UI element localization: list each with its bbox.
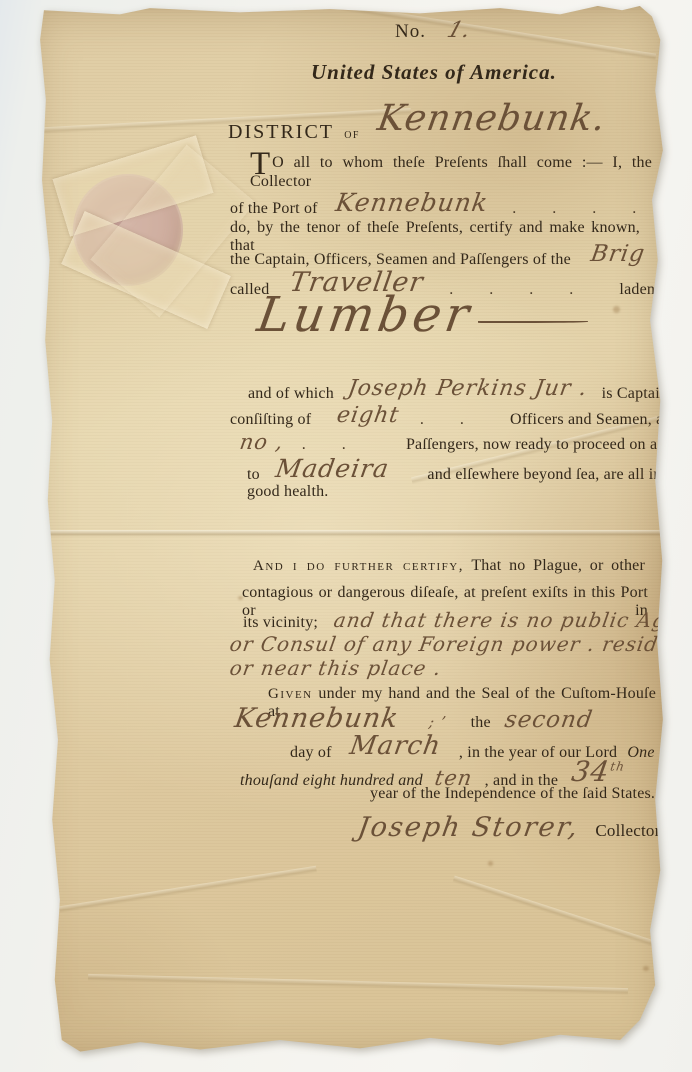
fill-dots: . . . . . (512, 200, 692, 217)
cert-line-6: and of which Joseph Perkins Jur . is Cap… (248, 379, 673, 404)
pen-flourish (478, 321, 588, 323)
collector-title: Collector. (595, 821, 664, 840)
district-value-handwritten: Kennebunk. (375, 98, 609, 139)
month-handwritten: March (347, 731, 443, 761)
consisting-of-label: conſiſting of (230, 411, 311, 428)
number-label: No. (395, 21, 426, 42)
beyond-sea-text: and elſewhere beyond ſea, are all in (427, 466, 661, 483)
further-line-4: or Consul of any Foreign power . residin… (230, 632, 692, 656)
cert-line-9: to Madeira and elſewhere beyond ſea, are… (247, 456, 662, 485)
no-consul-handwritten: or Consul of any Foreign power . residin… (228, 632, 692, 656)
custom-house-place-handwritten: Kennebunk (233, 703, 402, 734)
collector-signature-handwritten: Joseph Storer, (356, 812, 582, 843)
day-ordinal-handwritten: second (503, 707, 595, 733)
further-line-5: or near this place . (230, 656, 441, 680)
district-label: DISTRICT (228, 121, 334, 143)
document-content: No. 1. United States of America. DISTRIC… (28, 6, 666, 1060)
cert-line-1-text: O all to whom theſe Preſents ſhall come … (250, 154, 652, 190)
further-line-3: its vicinity; and that there is no publi… (243, 608, 692, 632)
country-title: United States of America. (311, 60, 557, 85)
further-line-1-text: That no Plague, or other (471, 557, 645, 574)
pen-marks: ; ’ (427, 713, 447, 731)
cert-line-2: of the Port of Kennebunk . . . . . (230, 190, 692, 219)
fill-dots: . . (302, 436, 362, 453)
document-paper: No. 1. United States of America. DISTRIC… (28, 6, 666, 1060)
number-value-handwritten: 1. (444, 18, 475, 43)
given-line-2: Kennebunk ; ’ the second (235, 703, 593, 734)
passengers-text: Paſſengers, now ready to proceed on a vo… (406, 436, 692, 453)
no-agent-handwritten: and that there is no public Agent (332, 608, 692, 632)
further-line-1: And i do further certify, That no Plague… (253, 557, 645, 575)
officers-seamen-label: Officers and Seamen, and (510, 411, 680, 428)
district-of: of (344, 127, 360, 142)
captain-name-handwritten: Joseph Perkins Jur . (346, 376, 589, 401)
port-value-handwritten: Kennebunk (334, 188, 491, 217)
vessel-type-handwritten: Brig (589, 241, 647, 267)
passenger-count-handwritten: no , (238, 430, 285, 454)
crew-count-handwritten: eight (335, 403, 401, 428)
one-italic: One (627, 744, 654, 761)
paper-wrap: No. 1. United States of America. DISTRIC… (0, 0, 692, 1072)
the-label: the (471, 714, 491, 731)
cert-line-4-text: the Captain, Officers, Seamen and Paſſen… (230, 251, 571, 268)
laden-with-label: laden with (619, 281, 688, 298)
is-captain-label: is Captain; (602, 385, 673, 402)
vicinity-label: its vicinity; (243, 614, 318, 631)
cert-line-1: TO all to whom theſe Preſents ſhall come… (250, 154, 652, 191)
further-certify-lead: And i do further certify, (253, 558, 464, 574)
ordinal-suffix: th (610, 760, 627, 774)
independence-year-handwritten: 34th (570, 755, 627, 788)
cargo-handwritten: Lumber (254, 287, 477, 343)
and-of-which-label: and of which (248, 385, 334, 402)
to-label: to (247, 466, 260, 483)
given-lead: Given (268, 686, 313, 702)
signature-line: Joseph Storer, Collector. (358, 812, 664, 843)
given-line-5: year of the Independence of the ſaid Sta… (370, 785, 655, 803)
port-of-label: of the Port of (230, 200, 318, 217)
cert-line-7: conſiſting of eight . . Officers and Sea… (230, 405, 680, 430)
cert-line-10: good health. (247, 483, 329, 501)
fill-dots: . . (420, 411, 480, 428)
cert-line-8: no , . . Paſſengers, now ready to procee… (240, 430, 692, 454)
independence-year-number: 34 (570, 755, 613, 788)
cargo-line: Lumber (258, 287, 588, 343)
document-number-line: No. 1. (395, 18, 471, 43)
district-line: DISTRICT of Kennebunk. (228, 106, 606, 147)
destination-handwritten: Madeira (274, 454, 392, 483)
near-place-handwritten: or near this place . (228, 656, 443, 680)
scanner-background: No. 1. United States of America. DISTRIC… (0, 0, 692, 1072)
